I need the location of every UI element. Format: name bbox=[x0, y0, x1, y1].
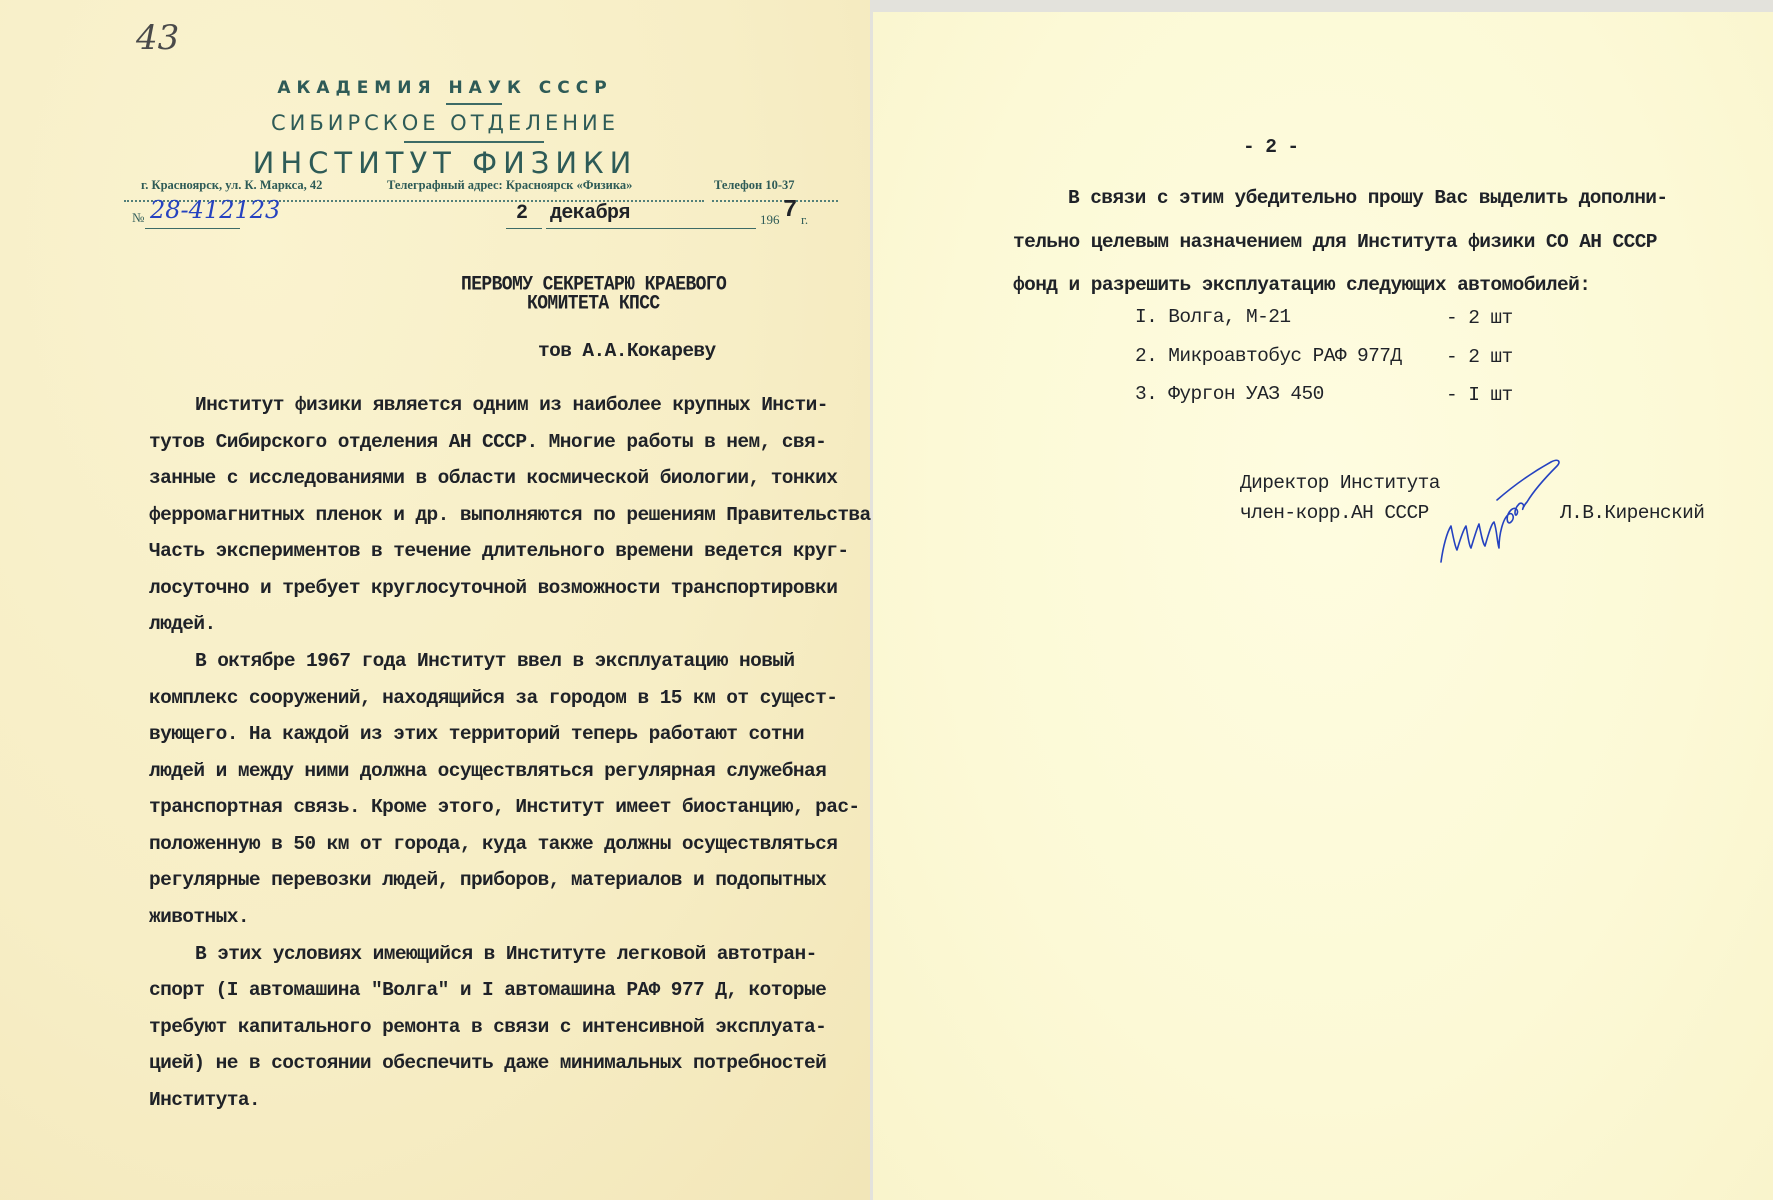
body-line: людей и между ними должна осуществляться… bbox=[149, 760, 826, 782]
body-line: комплекс сооружений, находящийся за горо… bbox=[149, 687, 837, 709]
body-line: тутов Сибирского отделения АН СССР. Мног… bbox=[149, 431, 826, 453]
body-line: В связи с этим убедительно прошу Вас выд… bbox=[1068, 187, 1668, 209]
body-line: транспортная связь. Кроме этого, Институ… bbox=[149, 796, 860, 818]
vehicle-qty: - I шт bbox=[1446, 384, 1513, 406]
addressee-title-2: КОМИТЕТА КПСС bbox=[527, 293, 660, 316]
body-line: Института. bbox=[149, 1089, 260, 1111]
body-line: животных. bbox=[149, 906, 249, 928]
signatory-title: Директор Института bbox=[1240, 472, 1440, 494]
body-line: Институт физики является одним из наибол… bbox=[195, 394, 828, 416]
body-line: людей. bbox=[149, 613, 216, 635]
letter-page-2: - 2 - В связи с этим убедительно прошу В… bbox=[873, 12, 1773, 1200]
date-year-unit: г. bbox=[801, 212, 808, 228]
letterhead-rule bbox=[712, 200, 838, 202]
body-line: ферромагнитных пленок и др. выполняются … bbox=[149, 504, 871, 526]
letterhead-divider bbox=[404, 141, 544, 143]
body-line: фонд и разрешить эксплуатацию следующих … bbox=[1013, 274, 1590, 296]
vehicle-name: 3. Фургон УАЗ 450 bbox=[1135, 383, 1324, 405]
body-line: тельно целевым назначением для Института… bbox=[1013, 231, 1657, 253]
page-number: - 2 - bbox=[1243, 136, 1299, 158]
date-year-prefix: 196 bbox=[760, 212, 780, 228]
body-line: лосуточно и требует круглосуточной возмо… bbox=[149, 577, 837, 599]
body-line: положенную в 50 км от города, куда также… bbox=[149, 833, 837, 855]
registration-number: 28-412123 bbox=[150, 196, 280, 224]
body-line: цией) не в состоянии обеспечить даже мин… bbox=[149, 1052, 826, 1074]
addressee-name: тов А.А.Кокареву bbox=[538, 340, 716, 362]
date-day: 2 bbox=[516, 202, 527, 225]
date-underline bbox=[546, 228, 756, 229]
letterhead-institute: ИНСТИТУТ ФИЗИКИ bbox=[10, 146, 880, 180]
letterhead-phone: Телефон 10-37 bbox=[714, 178, 795, 193]
letterhead-address: г. Красноярск, ул. К. Маркса, 42 bbox=[141, 178, 322, 193]
letterhead-academy: АКАДЕМИЯ НАУК СССР bbox=[10, 78, 880, 98]
body-line: требуют капитального ремонта в связи с и… bbox=[149, 1016, 826, 1038]
body-line: В октябре 1967 года Институт ввел в эксп… bbox=[195, 650, 795, 672]
body-line: В этих условиях имеющийся в Институте ле… bbox=[195, 943, 817, 965]
signature-icon bbox=[1433, 452, 1563, 572]
vehicle-qty: - 2 шт bbox=[1446, 346, 1513, 368]
date-month: декабря bbox=[550, 202, 630, 225]
handwritten-signature bbox=[1433, 452, 1563, 572]
signatory-rank: член-корр.АН СССР bbox=[1240, 502, 1429, 524]
letterhead-divider bbox=[446, 103, 502, 105]
body-line: регулярные перевозки людей, приборов, ма… bbox=[149, 869, 826, 891]
vehicle-qty: - 2 шт bbox=[1446, 307, 1513, 329]
body-line: спорт (I автомашина "Волга" и I автомаши… bbox=[149, 979, 826, 1001]
letterhead-branch: СИБИРСКОЕ ОТДЕЛЕНИЕ bbox=[10, 111, 880, 135]
date-underline bbox=[506, 228, 542, 229]
body-line: вующего. На каждой из этих территорий те… bbox=[149, 723, 804, 745]
archive-number: 43 bbox=[136, 18, 179, 58]
signatory-name: Л.В.Киренский bbox=[1560, 502, 1704, 524]
body-line: занные с исследованиями в области космич… bbox=[149, 467, 837, 489]
letter-page-1: 43 АКАДЕМИЯ НАУК СССР СИБИРСКОЕ ОТДЕЛЕНИ… bbox=[0, 0, 870, 1200]
number-label: № bbox=[132, 210, 144, 226]
date-year-suffix: 7 bbox=[783, 197, 797, 224]
vehicle-name: 2. Микроавтобус РАФ 977Д bbox=[1135, 345, 1401, 367]
number-underline bbox=[145, 228, 240, 229]
letterhead-telegraph: Телеграфный адрес: Красноярск «Физика» bbox=[387, 178, 632, 193]
vehicle-name: I. Волга, М-21 bbox=[1135, 306, 1290, 328]
body-line: Часть экспериментов в течение длительног… bbox=[149, 540, 848, 562]
